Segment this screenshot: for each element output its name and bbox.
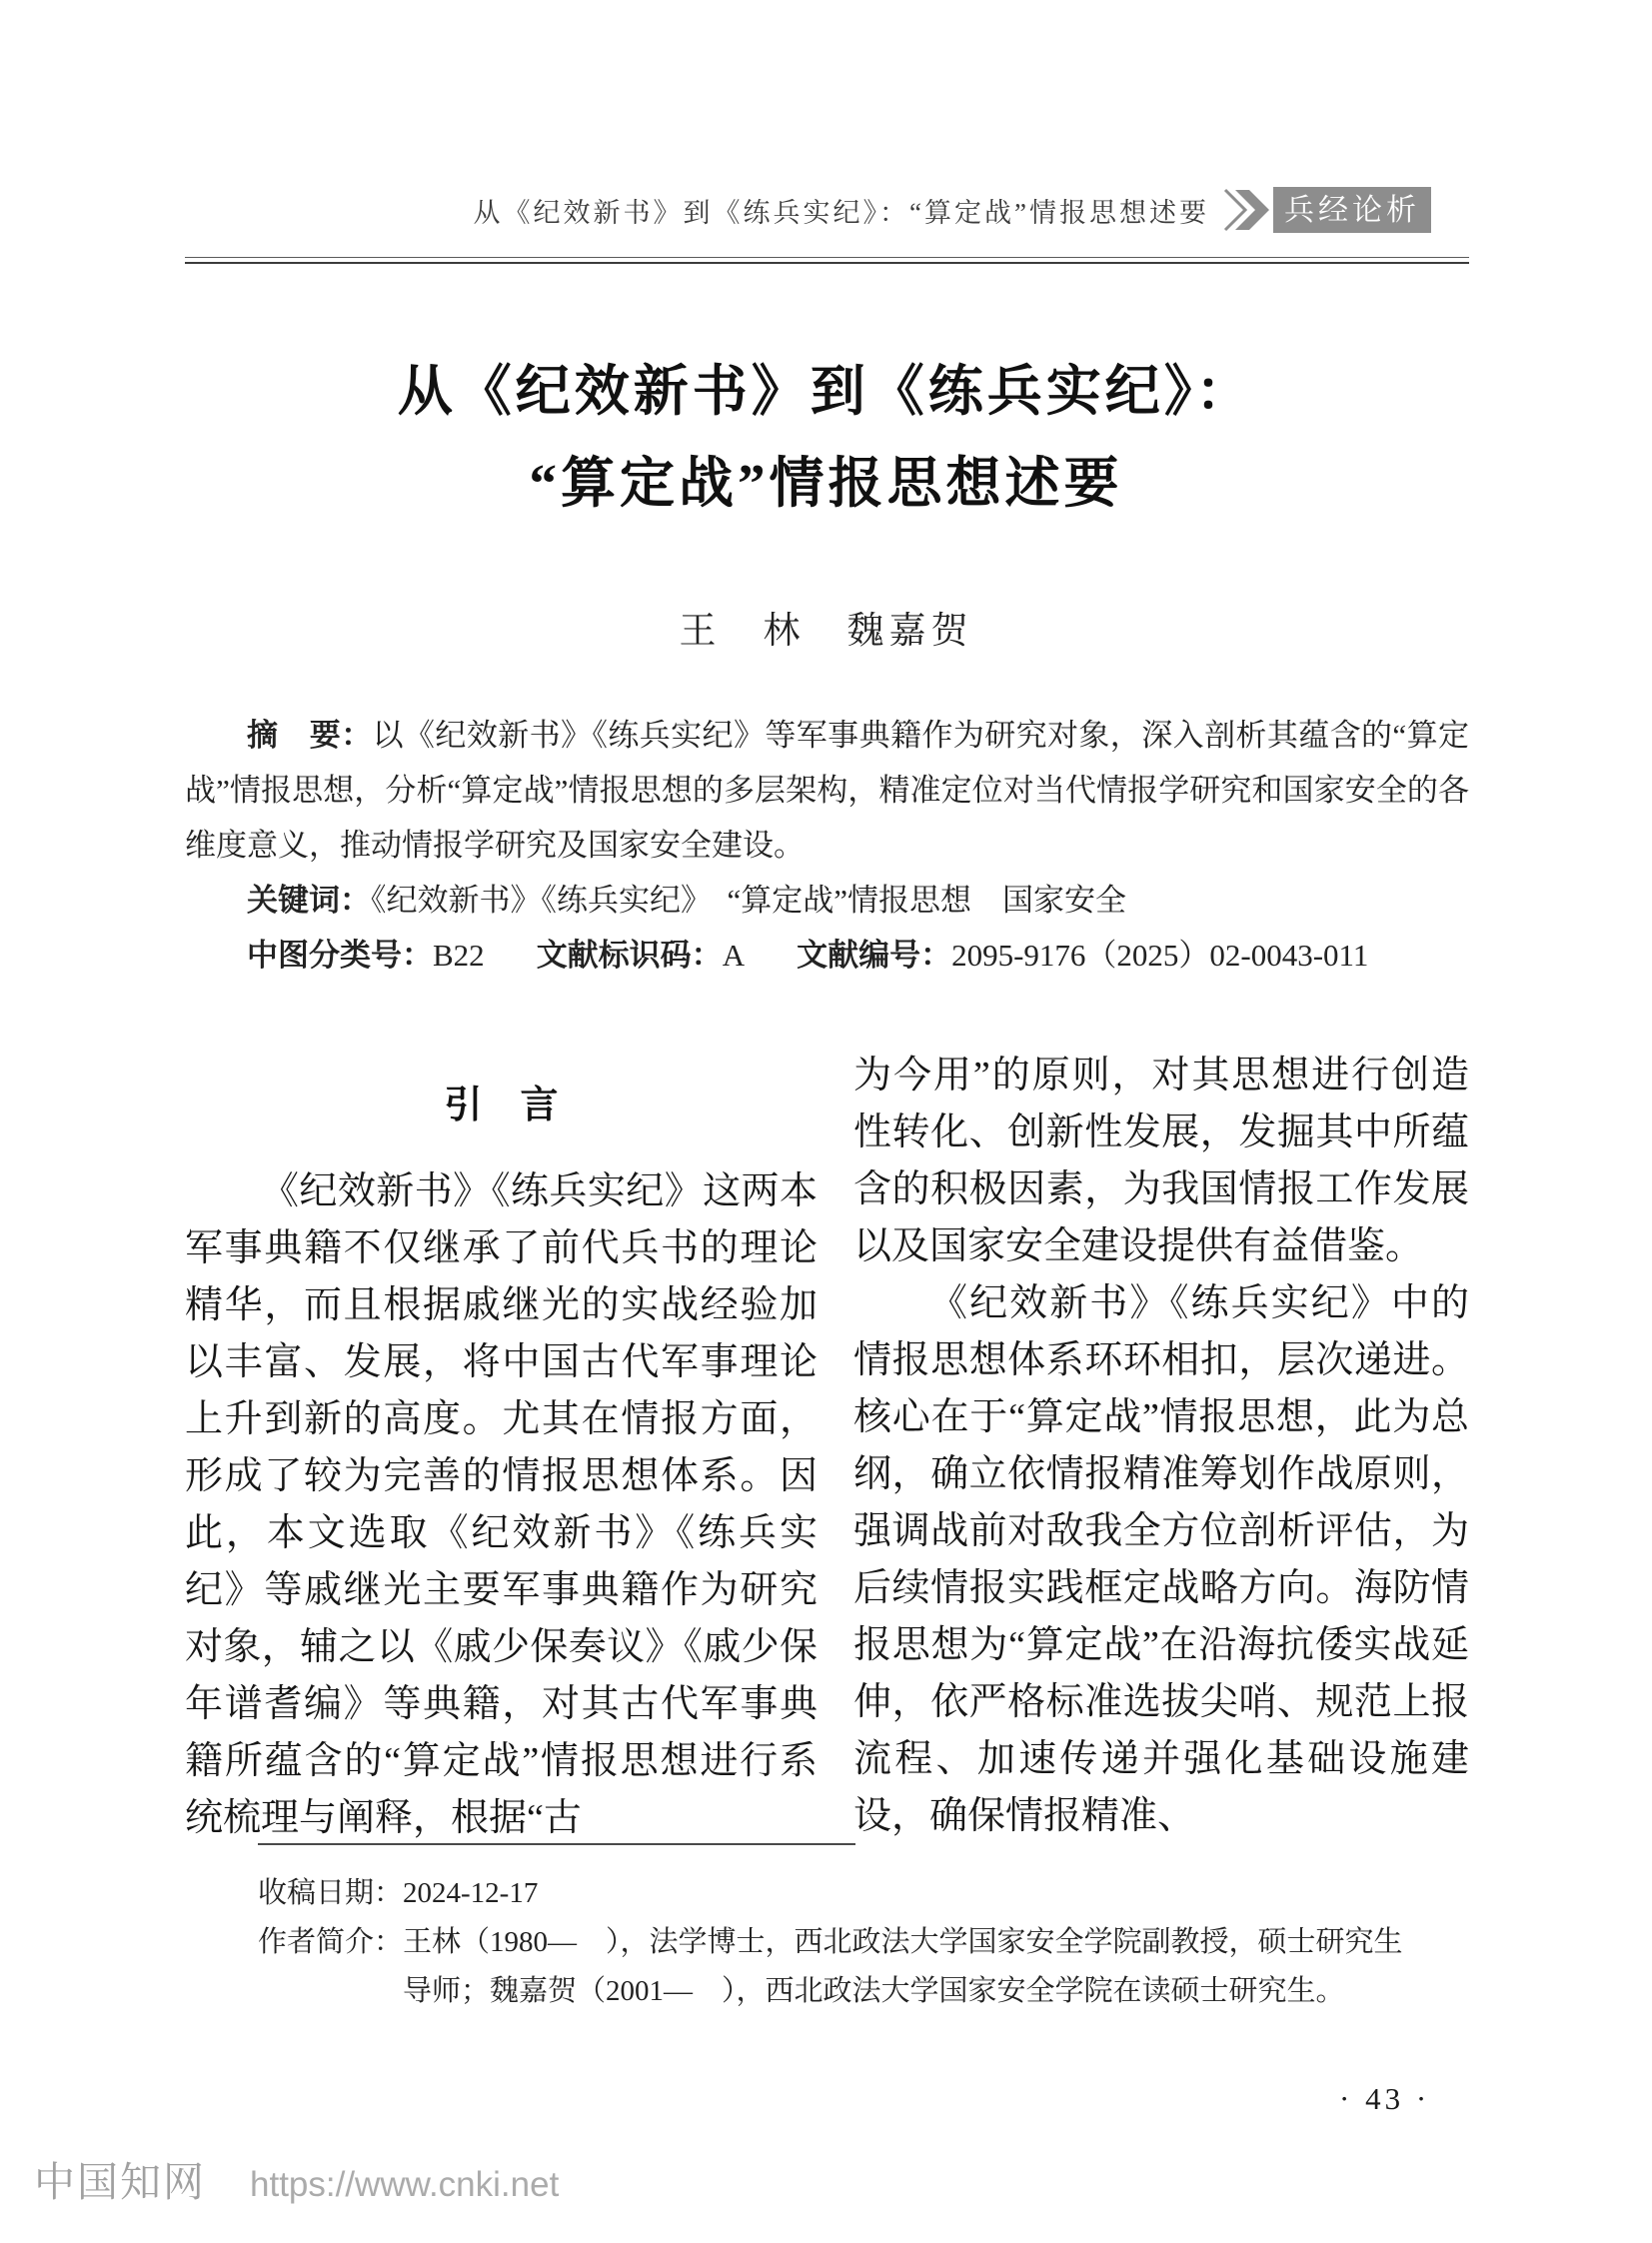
right-column-paragraph-1: 为今用”的原则，对其思想进行创造性转化、创新性发展，发掘其中所蕴含的积极因素，为… bbox=[853, 1048, 1469, 1275]
chevron-band-icon bbox=[1235, 190, 1269, 230]
cnki-url: https://www.cnki.net bbox=[250, 2165, 559, 2205]
authors: 王 林 魏嘉贺 bbox=[0, 600, 1652, 654]
keywords-paragraph: 关键词：《纪效新书》《练兵实纪》 “算定战”情报思想 国家安全 bbox=[185, 873, 1469, 928]
page-number: · 43 · bbox=[1339, 2081, 1430, 2117]
meta-block: 摘 要：以《纪效新书》《练兵实纪》等军事典籍作为研究对象，深入剖析其蕴含的“算定… bbox=[185, 708, 1469, 983]
keywords-text: 《纪效新书》《练兵实纪》 “算定战”情报思想 国家安全 bbox=[371, 883, 1126, 918]
running-header: 从《纪效新书》到《练兵实纪》：“算定战”情报思想述要 兵经论析 bbox=[185, 186, 1431, 234]
footnote-rule bbox=[258, 1843, 855, 1845]
author-bio-line1: 作者简介：王林（1980— ），法学博士，西北政法大学国家安全学院副教授，硕士研… bbox=[258, 1918, 1472, 1967]
article-id-value: 2095-9176（2025）02-0043-011 bbox=[951, 938, 1368, 973]
footnote: 收稿日期：2024-12-17 作者简介：王林（1980— ），法学博士，西北政… bbox=[258, 1843, 1472, 2016]
doc-code-value: A bbox=[723, 938, 745, 973]
journal-page: 从《纪效新书》到《练兵实纪》：“算定战”情报思想述要 兵经论析 从《纪效新书》到… bbox=[0, 0, 1652, 2243]
header-rule bbox=[185, 257, 1469, 264]
abstract-paragraph: 摘 要：以《纪效新书》《练兵实纪》等军事典籍作为研究对象，深入剖析其蕴含的“算定… bbox=[185, 708, 1469, 873]
body-columns: 引 言 《纪效新书》《练兵实纪》这两本军事典籍不仅继承了前代兵书的理论精华，而且… bbox=[185, 1048, 1469, 1847]
article-id-label: 文献编号： bbox=[797, 938, 951, 973]
section-heading-introduction: 引 言 bbox=[185, 1078, 818, 1134]
article-title-line1: 从《纪效新书》到《练兵实纪》： bbox=[0, 346, 1652, 438]
left-column-paragraph: 《纪效新书》《练兵实纪》这两本军事典籍不仅继承了前代兵书的理论精华，而且根据戚继… bbox=[185, 1163, 818, 1847]
doc-code-label: 文献标识码： bbox=[537, 938, 723, 973]
abstract-text: 以《纪效新书》《练兵实纪》等军事典籍作为研究对象，深入剖析其蕴含的“算定战”情报… bbox=[185, 718, 1469, 863]
received-date: 收稿日期：2024-12-17 bbox=[258, 1869, 1472, 1918]
keywords-label: 关键词： bbox=[247, 883, 371, 918]
article-title-line2: “算定战”情报思想述要 bbox=[0, 438, 1652, 530]
right-column: 为今用”的原则，对其思想进行创造性转化、创新性发展，发掘其中所蕴含的积极因素，为… bbox=[853, 1048, 1469, 1847]
clc-label: 中图分类号： bbox=[247, 938, 433, 973]
clc-value: B22 bbox=[433, 938, 485, 973]
classification-paragraph: 中图分类号：B22文献标识码：A文献编号：2095-9176（2025）02-0… bbox=[185, 928, 1469, 983]
cnki-logo-text: 中国知网 bbox=[34, 2149, 206, 2208]
left-column: 引 言 《纪效新书》《练兵实纪》这两本军事典籍不仅继承了前代兵书的理论精华，而且… bbox=[185, 1048, 818, 1847]
badge-label: 兵经论析 bbox=[1284, 194, 1420, 227]
running-title: 从《纪效新书》到《练兵实纪》：“算定战”情报思想述要 bbox=[474, 191, 1209, 230]
cnki-watermark: 中国知网 https://www.cnki.net bbox=[34, 2149, 559, 2208]
abstract-label: 摘 要： bbox=[247, 718, 373, 753]
column-badge: 兵经论析 bbox=[1221, 186, 1431, 234]
article-title: 从《纪效新书》到《练兵实纪》： “算定战”情报思想述要 bbox=[0, 346, 1652, 530]
author-bio-line2: 导师；魏嘉贺（2001— ），西北政法大学国家安全学院在读硕士研究生。 bbox=[258, 1967, 1472, 2016]
right-column-paragraph-2: 《纪效新书》《练兵实纪》中的情报思想体系环环相扣，层次递进。核心在于“算定战”情… bbox=[853, 1275, 1469, 1845]
